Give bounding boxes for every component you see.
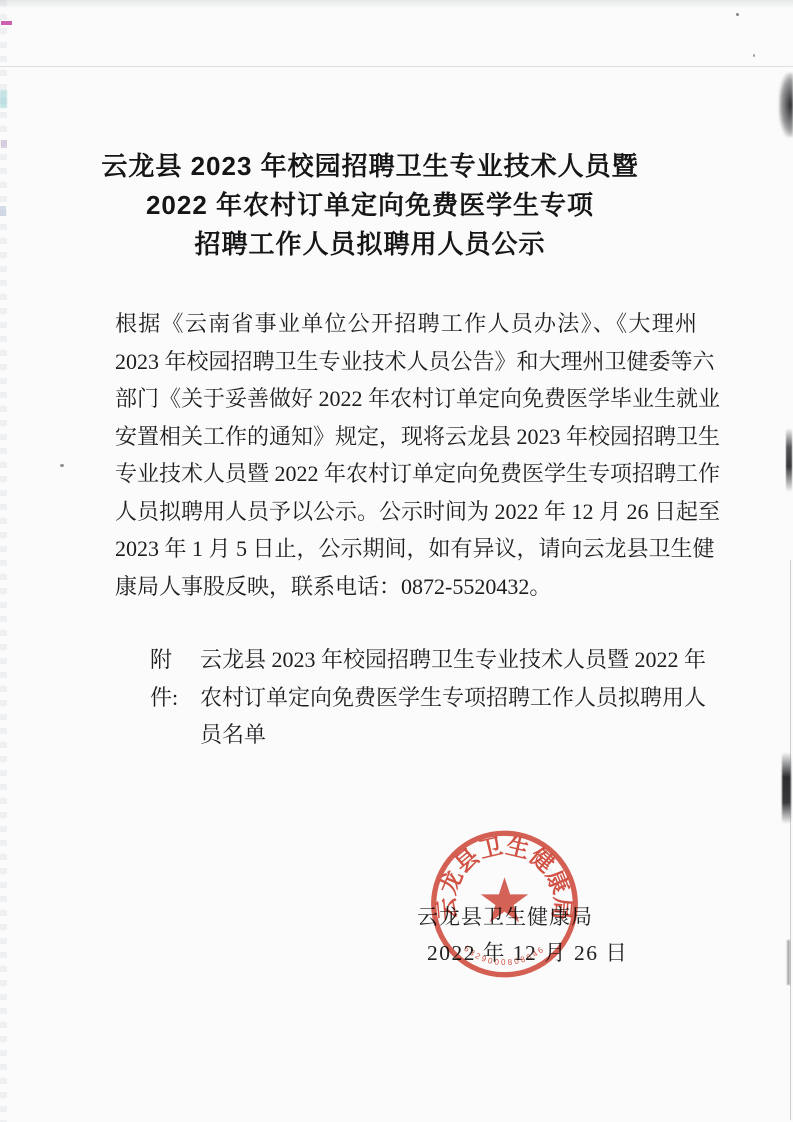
body-line: 安置相关工作的通知》规定，现将云龙县 2023 年校园招聘卫生 xyxy=(115,418,697,456)
body-line: 专业技术人员暨 2022 年农村订单定向免费医学生专项招聘工作 xyxy=(115,455,697,493)
title-line-2: 2022 年农村订单定向免费医学生专项 xyxy=(80,186,660,225)
attachment-label: 附件: xyxy=(150,641,200,754)
scan-artifact-speck xyxy=(60,464,64,467)
body-line: 人员拟聘用人员予以公示。公示时间为 2022 年 12 月 26 日起至 xyxy=(115,493,697,531)
scanned-document-page: 云龙县 2023 年校园招聘卫生专业技术人员暨 2022 年农村订单定向免费医学… xyxy=(0,0,793,1122)
title-line-3: 招聘工作人员拟聘用人员公示 xyxy=(80,225,660,264)
body-line: 部门《关于妥善做好 2022 年农村订单定向免费医学毕业生就业 xyxy=(115,380,697,418)
scan-artifact-right-streak xyxy=(787,940,790,985)
scan-artifact-edge-line xyxy=(790,560,791,1120)
scan-artifact-speck xyxy=(736,13,739,16)
body-line: 康局人事股反映，联系电话：0872-5520432。 xyxy=(115,568,697,606)
body-line: 2023 年 1 月 5 日止，公示期间，如有异议，请向云龙县卫生健 xyxy=(115,530,697,568)
body-line: 根据《云南省事业单位公开招聘工作人员办法》、《大理州 xyxy=(115,305,697,343)
svg-text:5329000808846: 5329000808846 xyxy=(462,944,547,967)
scan-artifact-magenta-dash xyxy=(1,21,12,25)
document-title: 云龙县 2023 年校园招聘卫生专业技术人员暨 2022 年农村订单定向免费医学… xyxy=(80,147,660,264)
scan-edge-noise-left xyxy=(0,0,7,1122)
seal-star xyxy=(481,877,528,922)
attachment-line: 农村订单定向免费医学生专项招聘工作人员拟聘用人 xyxy=(200,679,706,717)
scan-line-artifact xyxy=(0,66,793,67)
scan-artifact-cyan-smudge xyxy=(0,90,7,108)
attachment-line: 员名单 xyxy=(200,716,706,754)
seal-serial-number: 5329000808846 xyxy=(462,944,547,967)
title-line-1: 云龙县 2023 年校园招聘卫生专业技术人员暨 xyxy=(80,147,660,186)
attachment-line: 云龙县 2023 年校园招聘卫生专业技术人员暨 2022 年 xyxy=(200,641,706,679)
body-paragraph: 根据《云南省事业单位公开招聘工作人员办法》、《大理州 2023 年校园招聘卫生专… xyxy=(115,305,697,605)
attachment-content: 云龙县 2023 年校园招聘卫生专业技术人员暨 2022 年 农村订单定向免费医… xyxy=(200,641,706,754)
scan-artifact-right-streak xyxy=(786,428,792,492)
scan-artifact-speck xyxy=(753,54,755,57)
attachment-note: 附件: 云龙县 2023 年校园招聘卫生专业技术人员暨 2022 年 农村订单定… xyxy=(150,641,700,754)
scan-artifact-right-smudge xyxy=(779,73,793,137)
official-seal: 云龙县卫生健康局 5329000808846 xyxy=(428,826,581,982)
body-line: 2023 年校园招聘卫生专业技术人员公告》和大理州卫健委等六 xyxy=(115,343,697,381)
scan-artifact-left-mark xyxy=(1,140,7,148)
scan-artifact-left-mark xyxy=(0,206,6,216)
scan-artifact-right-smudge xyxy=(782,752,791,824)
